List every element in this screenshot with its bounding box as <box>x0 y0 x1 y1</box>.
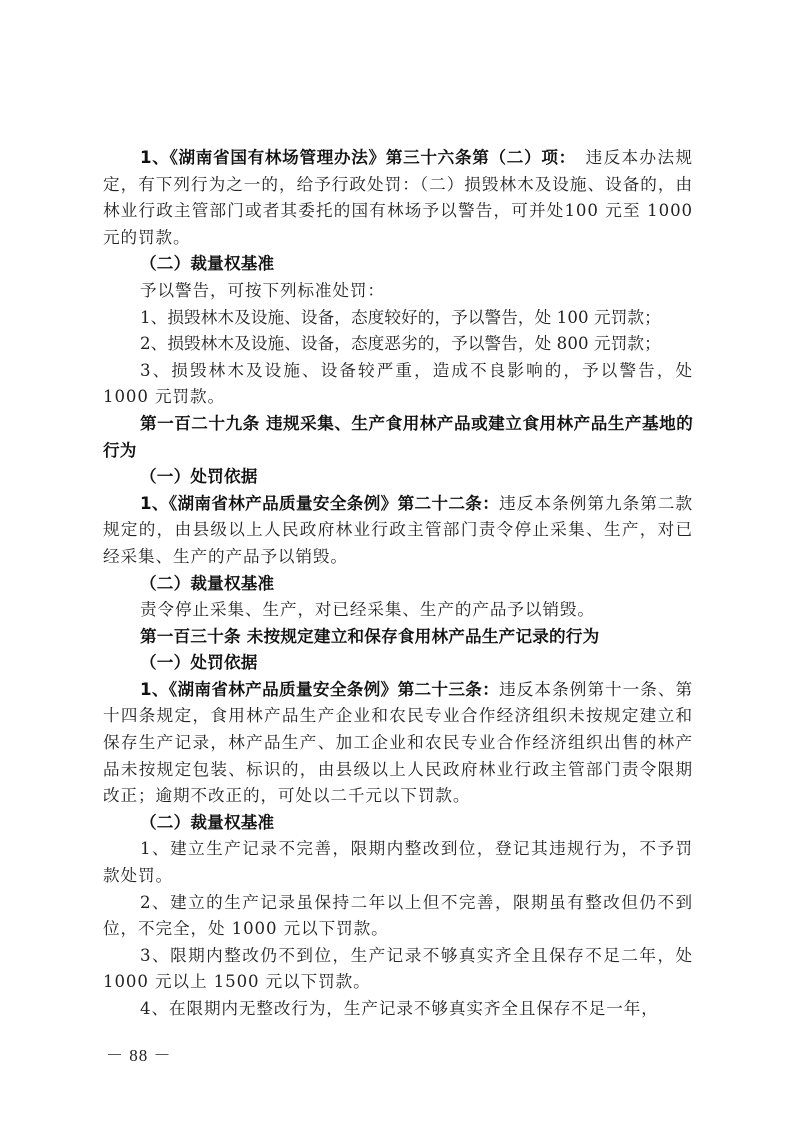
body-paragraph: 2、建立的生产记录虽保持二年以上但不完善，限期虽有整改但仍不到位，不完全，处 1… <box>103 890 693 943</box>
page-number: － 88 － <box>106 1041 172 1066</box>
section-heading: （二）裁量权基准 <box>103 810 693 837</box>
document-page: 1、《湖南省国有林场管理办法》第三十六条第（二）项： 违反本办法规定，有下列行为… <box>0 0 793 1122</box>
citation-paragraph: 1、《湖南省林产品质量安全条例》第二十二条：违反本条例第九条第二款规定的，由县级… <box>103 491 693 571</box>
section-heading: （二）裁量权基准 <box>103 251 693 278</box>
body-paragraph: 1、建立生产记录不完善，限期内整改到位，登记其违规行为，不予罚款处罚。 <box>103 836 693 889</box>
body-paragraph: 4、在限期内无整改行为，生产记录不够真实齐全且保存不足一年， <box>103 996 693 1023</box>
body-paragraph: 1、损毁林木及设施、设备，态度较好的，予以警告，处 100 元罚款； <box>103 305 693 332</box>
body-paragraph: 3、限期内整改仍不到位，生产记录不够真实齐全且保存不足二年，处 1000 元以上… <box>103 943 693 996</box>
document-body: 1、《湖南省国有林场管理办法》第三十六条第（二）项： 违反本办法规定，有下列行为… <box>103 145 693 1023</box>
citation-source: 1、《湖南省林产品质量安全条例》第二十二条： <box>140 494 499 513</box>
section-heading: （一）处罚依据 <box>103 650 693 677</box>
section-heading: （二）裁量权基准 <box>103 571 693 598</box>
citation-source: 1、《湖南省林产品质量安全条例》第二十三条： <box>140 680 499 699</box>
body-paragraph: 3、损毁林木及设施、设备较严重，造成不良影响的，予以警告，处1000 元罚款。 <box>103 358 693 411</box>
body-paragraph: 2、损毁林木及设施、设备，态度恶劣的，予以警告，处 800 元罚款； <box>103 331 693 358</box>
citation-paragraph: 1、《湖南省国有林场管理办法》第三十六条第（二）项： 违反本办法规定，有下列行为… <box>103 145 693 251</box>
section-heading: （一）处罚依据 <box>103 464 693 491</box>
body-paragraph: 责令停止采集、生产，对已经采集、生产的产品予以销毁。 <box>103 597 693 624</box>
body-paragraph: 予以警告，可按下列标准处罚： <box>103 278 693 305</box>
citation-source: 1、《湖南省国有林场管理办法》第三十六条第（二）项： <box>140 148 568 167</box>
article-heading: 第一百二十九条 违规采集、生产食用林产品或建立食用林产品生产基地的行为 <box>103 411 693 464</box>
citation-paragraph: 1、《湖南省林产品质量安全条例》第二十三条：违反本条例第十一条、第十四条规定，食… <box>103 677 693 810</box>
article-heading: 第一百三十条 未按规定建立和保存食用林产品生产记录的行为 <box>103 624 693 651</box>
